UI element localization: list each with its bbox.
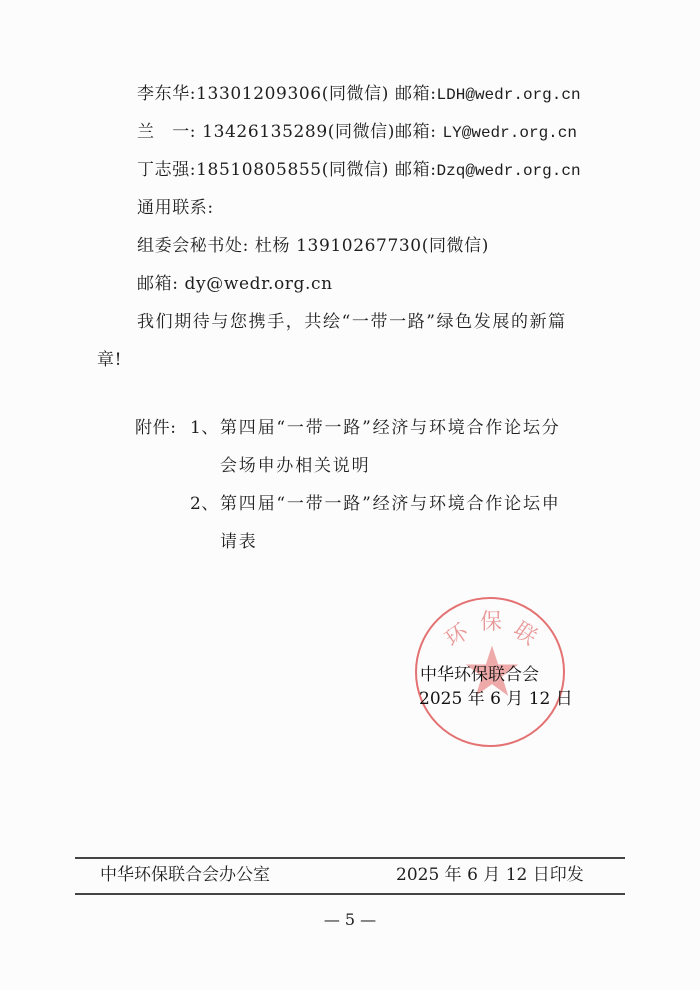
contact-email[interactable]: Dzq@wedr.org.cn xyxy=(437,162,581,180)
contact-email-label: 邮箱: xyxy=(395,84,437,104)
contact-row: 兰 一: 13426135289(同微信)邮箱: LY@wedr.org.cn xyxy=(137,121,577,144)
attachment-number: 1、 xyxy=(190,417,219,439)
attachment-number: 2、 xyxy=(190,493,219,515)
contact-name: 丁志强: xyxy=(137,160,196,180)
seal-char: 保 xyxy=(480,605,502,636)
footer-issuer: 中华环保联合会办公室 xyxy=(100,864,270,886)
signature-org: 中华环保联合会 xyxy=(420,664,539,686)
page-number: — 5 — xyxy=(0,910,700,929)
contact-email[interactable]: LY@wedr.org.cn xyxy=(443,124,577,142)
attachment-title-cont: 请表 xyxy=(220,531,258,553)
contact-row: 丁志强:18510805855(同微信) 邮箱:Dzq@wedr.org.cn xyxy=(137,159,581,182)
footer-top-rule xyxy=(75,857,625,859)
contact-email[interactable]: LDH@wedr.org.cn xyxy=(437,86,581,104)
attachments-label: 附件: xyxy=(135,417,177,439)
attachment-title-cont: 会场申办相关说明 xyxy=(220,455,370,477)
closing-line-2: 章! xyxy=(97,349,122,371)
general-contact-heading: 通用联系: xyxy=(137,197,214,219)
closing-line-1: 我们期待与您携手，共绘“一带一路”绿色发展的新篇 xyxy=(137,311,567,333)
contact-name: 李东华: xyxy=(137,84,196,104)
attachment-title: 第四届“一带一路”经济与环境合作论坛申 xyxy=(220,493,561,515)
contact-row: 李东华:13301209306(同微信) 邮箱:LDH@wedr.org.cn xyxy=(137,83,581,106)
secretariat-contact: 组委会秘书处: 杜杨 13910267730(同微信) xyxy=(137,235,489,257)
footer-issued-date: 2025 年 6 月 12 日印发 xyxy=(396,864,584,886)
document-page: 李东华:13301209306(同微信) 邮箱:LDH@wedr.org.cn … xyxy=(0,0,700,990)
contact-phone: 13426135289(同微信) xyxy=(202,122,395,142)
attachment-title: 第四届“一带一路”经济与环境合作论坛分 xyxy=(220,417,561,439)
contact-email-label: 邮箱: xyxy=(395,122,437,142)
contact-name: 兰 一: xyxy=(137,122,196,142)
contact-phone: 13301209306(同微信) xyxy=(196,84,389,104)
footer-bottom-rule xyxy=(75,893,625,895)
contact-phone: 18510805855(同微信) xyxy=(196,160,389,180)
signature-date: 2025 年 6 月 12 日 xyxy=(419,688,573,710)
contact-email-label: 邮箱: xyxy=(395,160,437,180)
secretariat-email: 邮箱: dy@wedr.org.cn xyxy=(137,273,333,295)
